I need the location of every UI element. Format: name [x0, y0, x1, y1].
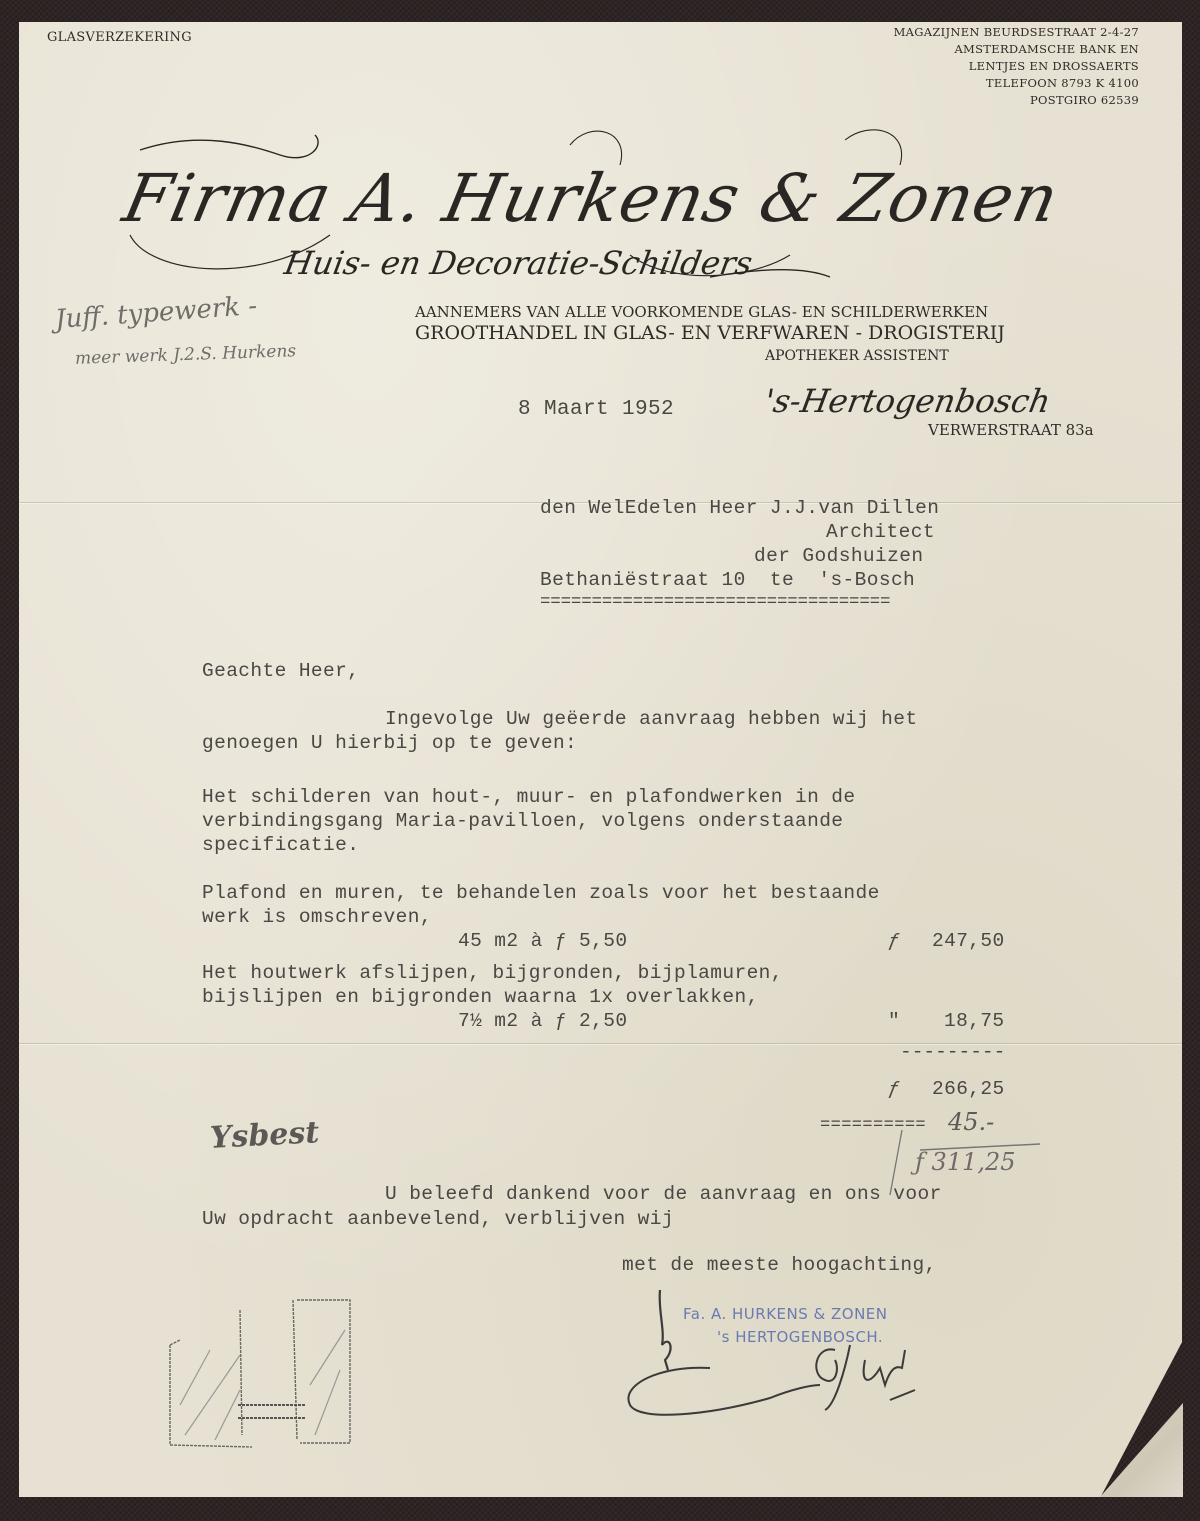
firm-name: Firma A. Hurkens & Zonen [117, 160, 1066, 237]
item-2-desc-line-1: Het houtwerk afslijpen, bijgronden, bijp… [202, 962, 783, 984]
item-1-amount: 247,50 [932, 930, 1005, 952]
company-contact-block: MAGAZIJNEN BEURDSESTRAAT 2-4-27 AMSTERDA… [809, 24, 1139, 109]
closing-line-1: U beleefd dankend voor de aanvraag en on… [385, 1183, 942, 1205]
services-line-3: APOTHEKER ASSISTENT [765, 348, 949, 364]
item-1-quantity: 45 m2 à ƒ 5,50 [458, 930, 627, 952]
firm-subtitle: Huis- en Decoratie-Schilders [282, 244, 756, 282]
intro-line-2: genoegen U hierbij op te geven: [202, 732, 577, 754]
addressee-line-4: Bethaniëstraat 10 te 's-Bosch [540, 569, 915, 591]
work-line-3: specificatie. [202, 834, 359, 856]
valediction: met de meeste hoogachting, [622, 1254, 937, 1276]
city-script: 's-Hertogenbosch [762, 382, 1054, 420]
addressee-underline: ================================== [540, 592, 890, 612]
services-line-2: GROOTHANDEL IN GLAS- EN VERFWAREN - DROG… [415, 322, 1005, 344]
fold-crease-bottom [19, 1043, 1182, 1044]
contact-line: LENTJES EN DROSSAERTS [809, 58, 1139, 75]
services-line-1: AANNEMERS VAN ALLE VOORKOMENDE GLAS- EN … [415, 303, 988, 321]
item-1-desc-line-1: Plafond en muren, te behandelen zoals vo… [202, 882, 880, 904]
pencil-margin-note: Ysbest [209, 1115, 320, 1156]
contact-line: POSTGIRO 62539 [809, 92, 1139, 109]
intro-line-1: Ingevolge Uw geëerde aanvraag hebben wij… [385, 708, 917, 730]
signature-icon [620, 1290, 940, 1430]
salutation: Geachte Heer, [202, 660, 359, 682]
item-1-desc-line-2: werk is omschreven, [202, 906, 432, 928]
item-2-currency: " [888, 1010, 900, 1032]
addressee-line-2: Architect [826, 521, 935, 543]
item-2-desc-line-2: bijslijpen en bijgronden waarna 1x overl… [202, 986, 759, 1008]
item-1-currency: ƒ [888, 930, 900, 952]
item-2-amount: 18,75 [944, 1010, 1005, 1032]
total-amount: 266,25 [932, 1078, 1005, 1100]
pencil-window-sketch-icon [150, 1340, 360, 1450]
addressee-line-1: den WelEdelen Heer J.J.van Dillen [540, 497, 939, 519]
addressee-line-3: der Godshuizen [754, 545, 923, 567]
subtotal-rule: --------- [900, 1041, 1005, 1063]
glass-insurance-label: GLASVERZEKERING [47, 30, 192, 45]
contact-line: MAGAZIJNEN BEURDSESTRAAT 2-4-27 [809, 24, 1139, 41]
letter-date: 8 Maart 1952 [518, 398, 674, 421]
work-line-2: verbindingsgang Maria-pavilloen, volgens… [202, 810, 843, 832]
street-address: VERWERSTRAAT 83a [928, 421, 1094, 439]
total-currency: ƒ [888, 1078, 900, 1100]
pencil-grand-total: ƒ 311,25 [915, 1148, 1016, 1176]
item-2-quantity: 7½ m2 à ƒ 2,50 [458, 1010, 627, 1032]
contact-line: TELEFOON 8793 K 4100 [809, 75, 1139, 92]
work-line-1: Het schilderen van hout-, muur- en plafo… [202, 786, 856, 808]
contact-line: AMSTERDAMSCHE BANK EN [809, 41, 1139, 58]
closing-line-2: Uw opdracht aanbevelend, verblijven wij [202, 1208, 674, 1230]
